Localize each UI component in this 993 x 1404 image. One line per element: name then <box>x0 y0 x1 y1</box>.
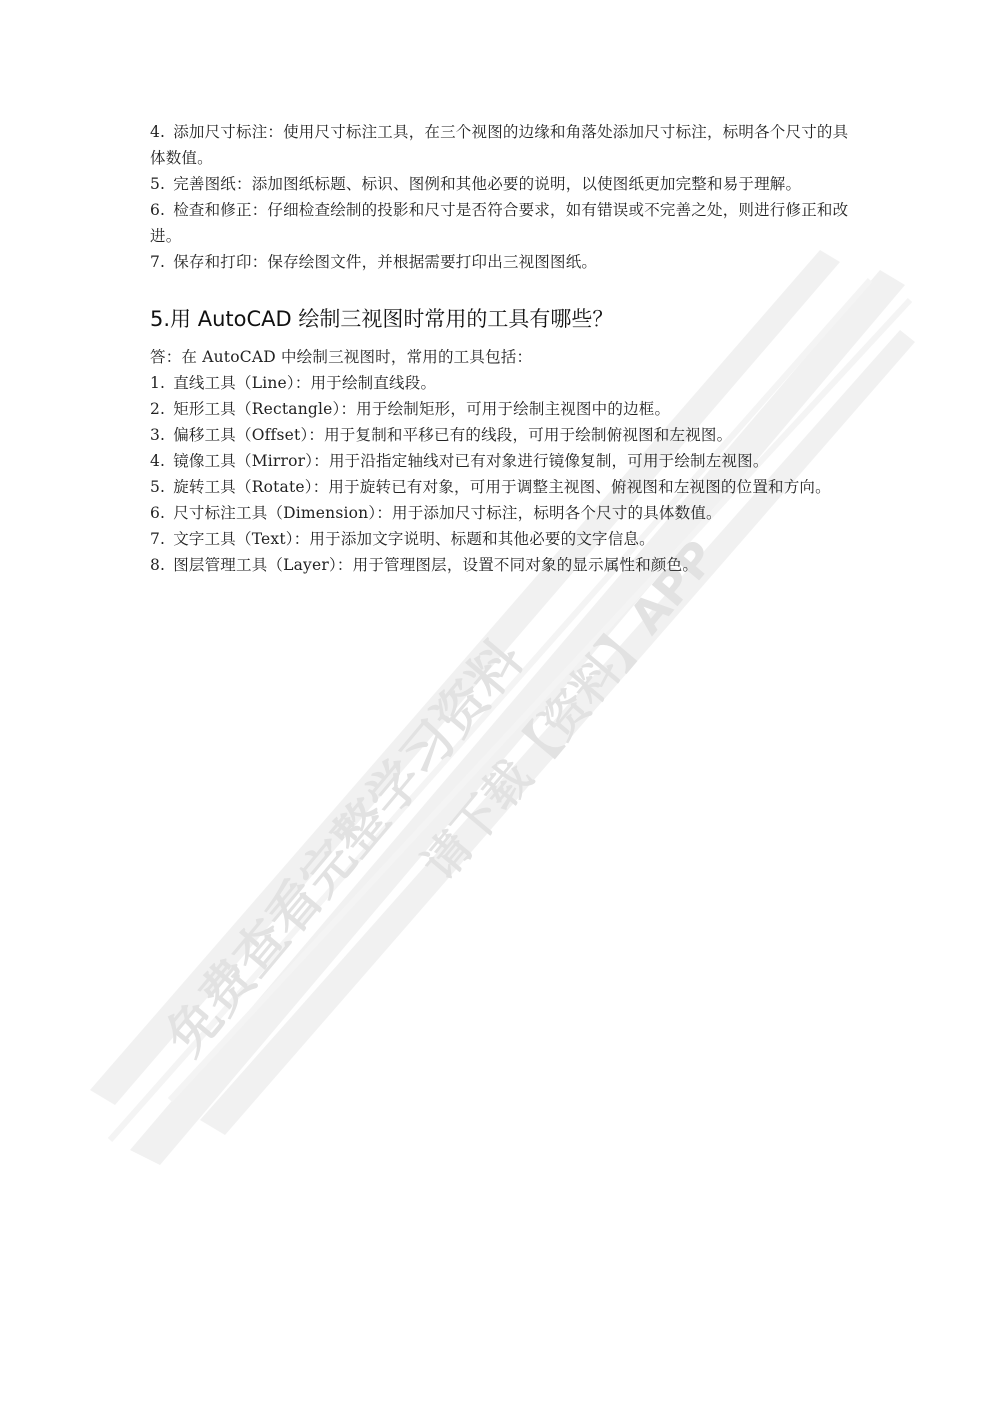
answer-section: 答：在 AutoCAD 中绘制三视图时，常用的工具包括： 1.直线工具（Line… <box>150 344 850 578</box>
question-5-heading: 5.用 AutoCAD 绘制三视图时常用的工具有哪些？ <box>150 304 850 334</box>
step-item: 6.检查和修正：仔细检查绘制的投影和尺寸是否符合要求，如有错误或不完善之处，则进… <box>150 197 850 249</box>
tool-item: 7.文字工具（Text）：用于添加文字说明、标题和其他必要的文字信息。 <box>150 526 850 552</box>
document-page: 免费查看完整学习资料 请下载【资料】APP 4.添加尺寸标注：使用尺寸标注工具，… <box>0 0 993 1404</box>
tool-item: 1.直线工具（Line）：用于绘制直线段。 <box>150 370 850 396</box>
step-item: 4.添加尺寸标注：使用尺寸标注工具，在三个视图的边缘和角落处添加尺寸标注，标明各… <box>150 119 850 171</box>
watermark-text-line1: 免费查看完整学习资料 <box>145 622 537 1069</box>
tool-item: 3.偏移工具（Offset）：用于复制和平移已有的线段，可用于绘制俯视图和左视图… <box>150 422 850 448</box>
tool-item: 2.矩形工具（Rectangle）：用于绘制矩形，可用于绘制主视图中的边框。 <box>150 396 850 422</box>
tool-item: 6.尺寸标注工具（Dimension）：用于添加尺寸标注，标明各个尺寸的具体数值… <box>150 500 850 526</box>
answer-intro: 答：在 AutoCAD 中绘制三视图时，常用的工具包括： <box>150 344 850 370</box>
watermark-text-line2: 请下载【资料】APP <box>405 524 729 892</box>
step-item: 7.保存和打印：保存绘图文件，并根据需要打印出三视图图纸。 <box>150 249 850 275</box>
step-item: 5.完善图纸：添加图纸标题、标识、图例和其他必要的说明，以使图纸更加完整和易于理… <box>150 171 850 197</box>
steps-list-continued: 4.添加尺寸标注：使用尺寸标注工具，在三个视图的边缘和角落处添加尺寸标注，标明各… <box>150 119 850 275</box>
tool-item: 5.旋转工具（Rotate）：用于旋转已有对象，可用于调整主视图、俯视图和左视图… <box>150 474 850 500</box>
tool-item: 8.图层管理工具（Layer）：用于管理图层，设置不同对象的显示属性和颜色。 <box>150 552 850 578</box>
document-content: 4.添加尺寸标注：使用尺寸标注工具，在三个视图的边缘和角落处添加尺寸标注，标明各… <box>150 119 850 578</box>
tool-item: 4.镜像工具（Mirror）：用于沿指定轴线对已有对象进行镜像复制，可用于绘制左… <box>150 448 850 474</box>
